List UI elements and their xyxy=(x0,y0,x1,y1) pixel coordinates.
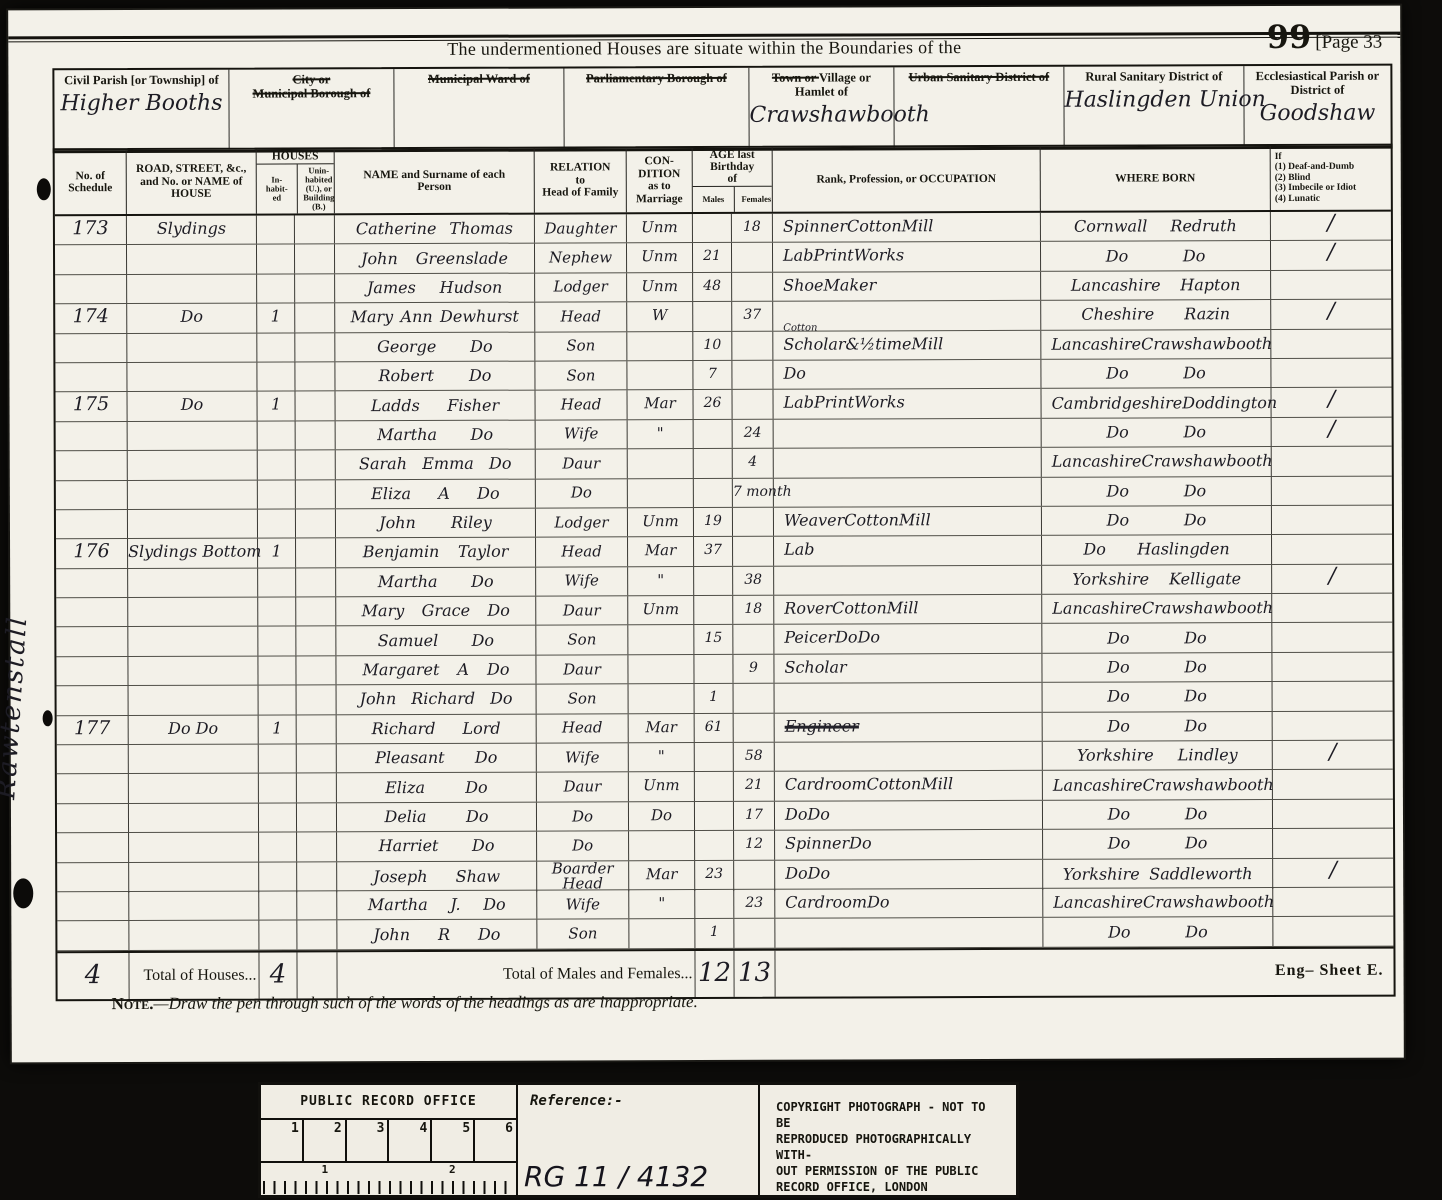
cell-relation: Nephew xyxy=(535,244,627,273)
cell-occupation-wrap xyxy=(775,742,1043,771)
cell-born: DoDo xyxy=(1041,241,1271,270)
pro-office-title: PUBLIC RECORD OFFICE xyxy=(261,1085,516,1120)
cell-infirmity: / xyxy=(1273,858,1393,888)
cell-name: JohnRDo xyxy=(337,920,537,949)
cell-occupation: Do xyxy=(783,360,1030,389)
cell-age-female: 23 xyxy=(734,890,775,919)
cell-uninhabited xyxy=(296,450,336,479)
cell-inhabited xyxy=(257,245,295,274)
cell-infirmity xyxy=(1272,506,1392,535)
col-occupation: Rank, Profession, or OCCUPATION xyxy=(773,147,1041,212)
cell-occupation-wrap xyxy=(775,918,1043,947)
cell-inhabited xyxy=(259,862,297,892)
cell-road: Do xyxy=(127,304,257,333)
cell-age-female xyxy=(734,860,775,890)
cell-schedule xyxy=(56,422,128,451)
cell-schedule xyxy=(55,275,127,304)
cell-inhabited xyxy=(258,451,296,480)
ruler-inch-number: 4 xyxy=(389,1120,432,1161)
cell-relation: Do xyxy=(537,802,629,831)
cell-age-male: 15 xyxy=(694,625,733,654)
cell-occupation xyxy=(784,566,1031,595)
cell-condition: Unm xyxy=(628,596,694,625)
cell-uninhabited xyxy=(295,215,335,244)
footnote: Note.—Draw the pen through such of the w… xyxy=(112,992,698,1014)
cell-name: JohnRichardDo xyxy=(337,685,537,714)
cell-infirmity xyxy=(1272,594,1392,623)
cell-age-female: 18 xyxy=(733,596,774,625)
cell-uninhabited xyxy=(295,274,335,303)
cell-infirmity: / xyxy=(1271,212,1391,241)
cell-occupation-note: Cotton xyxy=(783,323,817,333)
table-row: JamesHudson Lodger Unm 48 ShoeMaker Lanc… xyxy=(55,270,1391,304)
cell-born: DoDo xyxy=(1042,506,1272,535)
cell-inhabited xyxy=(259,744,297,773)
table-row: MarthaJ.Do Wife " 23 CardroomDo Lancashi… xyxy=(57,888,1393,922)
cell-uninhabited xyxy=(297,832,337,861)
cell-road: Do Do xyxy=(129,715,259,744)
cell-road xyxy=(127,363,257,392)
cell-name: LaddsFisher xyxy=(336,391,536,420)
table-row: PleasantDo Wife " 58 YorkshireLindley / xyxy=(57,741,1393,775)
cell-occupation xyxy=(783,301,1030,330)
boundary-field-value: Higher Booths xyxy=(54,91,228,117)
table-row: 173 Slydings CatherineThomas Daughter Un… xyxy=(55,212,1391,246)
cell-uninhabited xyxy=(297,921,337,950)
footnote-text: —Draw the pen through such of the words … xyxy=(153,992,697,1013)
cell-road xyxy=(129,803,259,832)
totals-schedule: 4 xyxy=(57,953,129,999)
ink-blot xyxy=(43,710,53,726)
cell-born: DoDo xyxy=(1043,829,1273,858)
boundary-row: Civil Parish [or Township] ofHigher Boot… xyxy=(52,64,1392,154)
cell-infirmity: / xyxy=(1272,564,1392,593)
table-row: MaryGraceDo Daur Unm 18 RoverCottonMill … xyxy=(56,594,1392,628)
ruler-inch-number: 6 xyxy=(475,1120,516,1161)
cell-infirmity xyxy=(1272,476,1392,505)
cell-relation: Wife xyxy=(536,567,628,596)
boundary-field-label: Rural Sanitary District of xyxy=(1064,69,1243,84)
cell-age-female xyxy=(734,684,775,713)
ink-blot xyxy=(37,178,51,200)
cell-infirmity xyxy=(1273,711,1393,740)
cell-road xyxy=(127,274,257,303)
cell-born: CheshireRazin xyxy=(1041,300,1271,329)
cell-occupation: LabPrintWorks xyxy=(783,389,1030,418)
cell-age-male xyxy=(693,302,732,331)
cell-occupation-wrap: DoDo xyxy=(775,859,1043,890)
cell-age-female: 38 xyxy=(733,566,774,595)
cell-infirmity xyxy=(1272,447,1392,476)
ruler-ticks xyxy=(263,1181,514,1194)
cell-age-male: 23 xyxy=(695,860,734,890)
cell-uninhabited xyxy=(297,744,337,773)
cell-condition: Unm xyxy=(627,214,693,243)
cell-age-female xyxy=(734,713,775,742)
scanned-census-page: { "header": { "statement": "The undermen… xyxy=(0,0,1442,1200)
cell-occupation-wrap xyxy=(775,683,1043,712)
cell-relation: Lodger xyxy=(535,273,627,302)
cell-born: DoDo xyxy=(1043,682,1273,711)
cell-born: YorkshireKelligate xyxy=(1042,565,1272,594)
cell-age-female xyxy=(732,331,773,360)
col-road: ROAD, STREET, &c., and No. or NAME of HO… xyxy=(127,150,257,214)
census-rows: 173 Slydings CatherineThomas Daughter Un… xyxy=(55,212,1394,951)
cell-occupation-wrap xyxy=(774,448,1042,477)
age-group-title: AGE last Birthday of xyxy=(693,148,772,187)
cell-road: Do xyxy=(128,392,258,421)
cell-born: LancashireCrawshawbooth xyxy=(1041,330,1271,359)
cell-occupation-wrap: DoDo xyxy=(775,801,1043,830)
cell-occupation xyxy=(785,683,1032,712)
cell-age-female xyxy=(732,273,773,302)
cell-occupation-wrap: ShoeMaker xyxy=(773,272,1041,301)
cell-condition xyxy=(627,332,693,361)
cell-born: DoDo xyxy=(1043,800,1273,829)
cell-name: HarrietDo xyxy=(337,832,537,861)
boundary-field: Urban Sanitary District of xyxy=(894,67,1064,148)
cell-schedule xyxy=(57,774,129,803)
cell-uninhabited xyxy=(296,597,336,626)
cell-condition: Mar xyxy=(629,861,695,891)
cell-age-male xyxy=(694,567,733,596)
cell-inhabited xyxy=(257,215,295,244)
cell-uninhabited xyxy=(295,245,335,274)
cell-infirmity xyxy=(1271,270,1391,299)
cell-occupation-wrap: SpinnerDo xyxy=(775,830,1043,859)
cell-relation: Do xyxy=(537,831,629,860)
cell-relation: Head xyxy=(536,538,628,567)
cell-schedule xyxy=(57,892,129,921)
cell-condition: " xyxy=(629,890,695,919)
cell-age-male xyxy=(695,772,734,801)
table-row: 175 Do 1 LaddsFisher Head Mar 26 LabPrin… xyxy=(56,388,1392,422)
cell-name: DeliaDo xyxy=(337,802,537,831)
cell-age-female: 21 xyxy=(734,772,775,801)
cell-schedule xyxy=(57,921,129,950)
cell-inhabited: 1 xyxy=(257,304,295,333)
cell-condition: Unm xyxy=(628,508,694,537)
cell-born: DoDo xyxy=(1042,418,1272,447)
cell-occupation: RoverCottonMill xyxy=(784,595,1031,624)
cell-infirmity xyxy=(1273,770,1393,799)
cell-road: Slydings xyxy=(127,216,257,245)
col-males: Males xyxy=(693,187,735,212)
cell-occupation-wrap: CardroomCottonMill xyxy=(775,771,1043,800)
cell-condition: Unm xyxy=(629,772,695,801)
cell-inhabited xyxy=(259,891,297,920)
cell-condition xyxy=(629,684,695,713)
cell-uninhabited xyxy=(295,303,335,332)
cell-infirmity xyxy=(1273,888,1393,917)
cell-uninhabited xyxy=(296,509,336,538)
cell-road xyxy=(127,333,257,362)
boundary-field-label: Municipal Ward of xyxy=(394,71,563,86)
cell-relation: Head xyxy=(535,391,627,420)
cell-born: DoDo xyxy=(1041,359,1271,388)
cell-uninhabited xyxy=(296,627,336,656)
cell-infirmity: / xyxy=(1271,300,1391,329)
cell-name: BenjaminTaylor xyxy=(336,538,536,567)
cell-inhabited xyxy=(259,686,297,715)
boundary-field-label: Town or Village orHamlet of xyxy=(749,70,893,99)
cell-name: JohnRiley xyxy=(336,508,536,537)
cell-uninhabited xyxy=(295,362,335,391)
cell-relation: Lodger xyxy=(536,508,628,537)
cell-age-male xyxy=(695,831,734,860)
cell-relation: Daur xyxy=(536,655,628,684)
cell-age-male xyxy=(694,449,733,478)
cell-occupation: LabPrintWorks xyxy=(783,242,1030,271)
cell-road xyxy=(128,656,258,685)
cell-schedule xyxy=(56,657,128,686)
total-houses-value: 4 xyxy=(259,952,297,998)
cell-age-male: 48 xyxy=(693,273,732,302)
cell-occupation: Scholar&½timeMill xyxy=(783,330,1030,359)
cell-schedule xyxy=(57,745,129,774)
cell-relation: Son xyxy=(536,626,628,655)
cell-age-female: 12 xyxy=(734,831,775,860)
cell-born: DoDo xyxy=(1043,712,1273,741)
cell-road xyxy=(128,509,258,538)
cell-age-female xyxy=(733,508,774,537)
totals-empty xyxy=(297,952,337,998)
total-males-value: 12 xyxy=(695,951,734,997)
page-number: [Page 33 xyxy=(1315,32,1382,53)
boundary-field: Town or Village orHamlet ofCrawshawbooth xyxy=(749,67,894,148)
cell-inhabited xyxy=(257,362,295,391)
table-row: HarrietDo Do 12 SpinnerDo DoDo xyxy=(57,829,1393,863)
table-row: JohnRiley Lodger Unm 19 WeaverCottonMill… xyxy=(56,506,1392,540)
ink-blot xyxy=(13,878,33,908)
cell-schedule xyxy=(56,598,128,627)
cell-infirmity xyxy=(1271,329,1391,358)
cell-relation: Boarder Head xyxy=(537,861,629,891)
cell-occupation xyxy=(784,419,1031,448)
cell-age-female: 58 xyxy=(734,743,775,772)
table-row: GeorgeDo Son 10 CottonScholar&½timeMill … xyxy=(55,329,1391,363)
cell-relation: Wife xyxy=(537,890,629,919)
cell-infirmity xyxy=(1273,799,1393,828)
cell-infirmity xyxy=(1273,829,1393,858)
cell-occupation-wrap xyxy=(774,477,1042,506)
cell-uninhabited xyxy=(296,539,336,568)
boundary-field-label: City orMunicipal Borough of xyxy=(229,72,393,101)
cell-occupation-wrap xyxy=(774,419,1042,448)
cell-name: RobertDo xyxy=(335,362,535,391)
cell-infirmity xyxy=(1271,359,1391,388)
reference-value: RG 11 / 4132 xyxy=(524,1160,708,1193)
col-inhabited: In- habit- ed xyxy=(257,164,298,213)
cell-road xyxy=(128,480,258,509)
table-row: JohnRDo Son 1 DoDo xyxy=(57,917,1393,951)
table-row: RobertDo Son 7 Do DoDo xyxy=(55,359,1391,393)
cell-name: ElizaDo xyxy=(337,773,537,802)
cell-road xyxy=(128,627,258,656)
cell-infirmity xyxy=(1272,652,1392,681)
cell-name: SarahEmmaDo xyxy=(336,450,536,479)
cell-name: JamesHudson xyxy=(335,273,535,302)
table-row: 177 Do Do 1 RichardLord Head Mar 61 Engi… xyxy=(57,711,1393,745)
cell-relation: Son xyxy=(537,920,629,949)
boundary-field-label: Civil Parish [or Township] of xyxy=(54,73,228,88)
boundary-field-label: Parliamentary Borough of xyxy=(564,71,748,86)
table-row: SarahEmmaDo Daur 4 LancashireCrawshawboo… xyxy=(56,447,1392,481)
cell-age-female xyxy=(732,243,773,272)
cell-inhabited xyxy=(258,421,296,450)
cell-age-male xyxy=(694,420,733,449)
boundary-field-value: Haslingden Union xyxy=(1064,87,1243,113)
table-row: MarthaDo Wife " 38 YorkshireKelligate / xyxy=(56,564,1392,598)
cell-born: CambridgeshireDoddington xyxy=(1041,388,1271,417)
cell-relation: Head xyxy=(535,302,627,331)
totals-row: 4 Total of Houses... 4 Total of Males an… xyxy=(57,946,1393,999)
cell-relation: Head xyxy=(537,714,629,743)
cell-infirmity: / xyxy=(1272,417,1392,446)
cell-name: GeorgeDo xyxy=(335,332,535,361)
col-group-houses: HOUSES In- habit- ed Unin- habited (U.),… xyxy=(257,149,335,213)
cell-occupation: SpinnerCottonMill xyxy=(783,213,1030,242)
cell-condition xyxy=(628,626,694,655)
cell-born: DoDo xyxy=(1042,477,1272,506)
cell-name: MaryGraceDo xyxy=(336,597,536,626)
cell-road xyxy=(129,686,259,715)
cell-schedule xyxy=(56,510,128,539)
cell-schedule xyxy=(57,686,129,715)
ruler-half-number: 2 xyxy=(449,1163,456,1176)
cell-inhabited xyxy=(259,833,297,862)
cell-age-male xyxy=(695,802,734,831)
cell-condition xyxy=(627,361,693,390)
boundary-field: Civil Parish [or Township] ofHigher Boot… xyxy=(54,70,229,151)
cell-uninhabited xyxy=(296,568,336,597)
cell-occupation: Scholar xyxy=(784,654,1031,683)
cell-age-female xyxy=(732,361,773,390)
cell-uninhabited xyxy=(297,891,337,920)
cell-born: DoHaslingden xyxy=(1042,535,1272,564)
cell-condition: " xyxy=(628,567,694,596)
cell-inhabited xyxy=(257,333,295,362)
cell-age-male: 37 xyxy=(694,537,733,566)
cell-relation: Son xyxy=(535,332,627,361)
cell-infirmity xyxy=(1272,623,1392,652)
cell-occupation-wrap: CottonScholar&½timeMill xyxy=(773,330,1041,359)
cell-inhabited xyxy=(258,568,296,597)
cell-name: MarthaDo xyxy=(336,420,536,449)
cell-inhabited xyxy=(259,803,297,832)
cell-occupation-wrap: CardroomDo xyxy=(775,889,1043,918)
boundary-statement: The undermentioned Houses are situate wi… xyxy=(8,36,1400,62)
footnote-prefix: Note. xyxy=(112,994,154,1013)
cell-age-male: 1 xyxy=(695,684,734,713)
cell-occupation: Engineer xyxy=(785,713,1032,742)
cell-name: MarthaJ.Do xyxy=(337,891,537,920)
cell-relation: Do xyxy=(536,479,628,508)
cell-occupation-wrap: Scholar xyxy=(774,654,1042,683)
cell-relation: Daughter xyxy=(535,214,627,243)
cell-name: RichardLord xyxy=(337,714,537,743)
cell-schedule xyxy=(55,334,127,363)
cell-infirmity xyxy=(1272,535,1392,564)
cell-schedule: 177 xyxy=(57,716,129,745)
cell-infirmity xyxy=(1273,682,1393,711)
cell-occupation xyxy=(785,918,1032,947)
cell-schedule xyxy=(55,245,127,274)
cell-occupation: DoDo xyxy=(785,801,1032,830)
cell-age-male xyxy=(694,478,733,507)
cell-road xyxy=(127,245,257,274)
cell-occupation-wrap: PeicerDoDo xyxy=(774,624,1042,653)
table-row: 174 Do 1 MaryAnnDewhurst Head W 37 Chesh… xyxy=(55,300,1391,334)
cell-name: ElizaADo xyxy=(336,479,536,508)
cell-schedule xyxy=(57,863,129,893)
cell-age-female: 18 xyxy=(732,214,773,243)
boundary-field: Ecclesiastical Parish orDistrict ofGoods… xyxy=(1244,66,1390,147)
total-houses-label: Total of Houses... xyxy=(129,952,259,998)
table-row: ElizaADo Do 7 month DoDo xyxy=(56,476,1392,510)
cell-occupation xyxy=(785,742,1032,771)
ruler-ticks-zone: 12 xyxy=(261,1163,516,1195)
cell-inhabited xyxy=(258,480,296,509)
ruler-half-number: 1 xyxy=(321,1163,328,1176)
cell-born: LancashireHapton xyxy=(1041,271,1271,300)
col-name: NAME and Surname of each Person xyxy=(335,149,535,214)
cell-uninhabited xyxy=(296,392,336,421)
cell-condition: Unm xyxy=(627,273,693,302)
table-row: JohnRichardDo Son 1 DoDo xyxy=(57,682,1393,716)
cell-condition: Mar xyxy=(628,537,694,566)
col-schedule: No. of Schedule xyxy=(55,150,127,214)
cell-uninhabited xyxy=(297,715,337,744)
cell-schedule: 173 xyxy=(55,216,127,245)
cell-infirmity: / xyxy=(1271,388,1391,417)
col-females: Females xyxy=(735,187,778,212)
cell-schedule xyxy=(57,833,129,862)
cell-age-male xyxy=(694,596,733,625)
cell-inhabited xyxy=(258,598,296,627)
boundary-field: Rural Sanitary District ofHaslingden Uni… xyxy=(1064,66,1244,147)
cell-age-male xyxy=(694,655,733,684)
cell-inhabited xyxy=(259,774,297,803)
cell-age-male: 10 xyxy=(693,331,732,360)
ruler-inch-number: 1 xyxy=(261,1120,304,1161)
cell-road xyxy=(128,451,258,480)
cell-inhabited xyxy=(258,627,296,656)
boundary-field-label: Ecclesiastical Parish orDistrict of xyxy=(1244,69,1390,98)
cell-relation: Son xyxy=(535,361,627,390)
cell-condition xyxy=(628,449,694,478)
cell-road xyxy=(129,892,259,921)
cell-name: MarthaDo xyxy=(336,567,536,596)
cell-name: MargaretADo xyxy=(336,655,536,684)
cell-inhabited xyxy=(257,274,295,303)
cell-condition: Mar xyxy=(629,714,695,743)
cell-age-female xyxy=(733,537,774,566)
cell-age-male: 61 xyxy=(695,714,734,743)
cell-occupation: PeicerDoDo xyxy=(784,624,1031,653)
cell-born: DoDo xyxy=(1042,623,1272,652)
boundary-field-value xyxy=(394,89,563,90)
cell-uninhabited xyxy=(295,333,335,362)
cell-schedule xyxy=(56,627,128,656)
cell-schedule xyxy=(56,569,128,598)
boundary-field-value: Goodshaw xyxy=(1244,101,1390,127)
cell-occupation xyxy=(784,477,1031,506)
folio-number: 99 xyxy=(1267,18,1312,56)
cell-infirmity: / xyxy=(1273,741,1393,770)
table-row: SamuelDo Son 15 PeicerDoDo DoDo xyxy=(56,623,1392,657)
cell-age-male: 1 xyxy=(695,919,734,948)
